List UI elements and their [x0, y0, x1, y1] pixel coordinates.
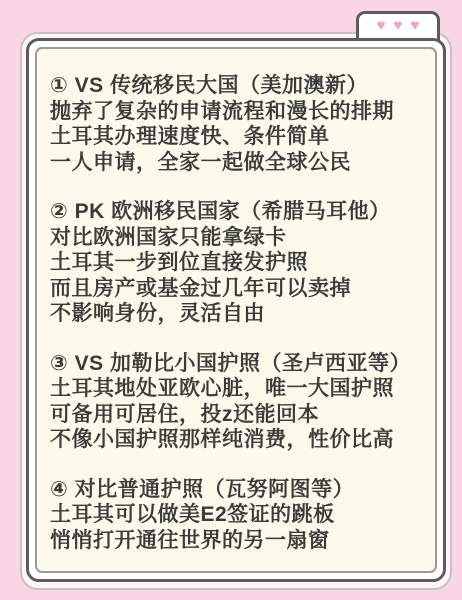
content-panel: ① VS 传统移民大国（美加澳新） 抛弃了复杂的申请流程和漫长的排期土耳其办理速…	[35, 47, 437, 573]
text-line: 土耳其办理速度快、条件简单	[50, 124, 423, 150]
text-line: 而且房产或基金过几年可以卖掉	[50, 276, 423, 302]
section-lines: 抛弃了复杂的申请流程和漫长的排期土耳其办理速度快、条件简单一人申请，全家一起做全…	[50, 99, 423, 176]
section-traditional-immigration: ① VS 传统移民大国（美加澳新） 抛弃了复杂的申请流程和漫长的排期土耳其办理速…	[50, 73, 423, 175]
text-line: 土耳其一步到位直接发护照	[50, 250, 423, 276]
text-line: 抛弃了复杂的申请流程和漫长的排期	[50, 99, 423, 125]
text-line: 不影响身份，灵活自由	[50, 301, 423, 327]
text-line: 可备用可居住，投z还能回本	[50, 402, 423, 428]
section-ordinary-passport: ④ 对比普通护照（瓦努阿图等） 土耳其可以做美E2签证的跳板悄悄打开通往世界的另…	[50, 477, 423, 554]
text-line: 土耳其地处亚欧心脏，唯一大国护照	[50, 376, 423, 402]
section-title: ③ VS 加勒比小国护照（圣卢西亚等）	[50, 351, 423, 377]
section-lines: 土耳其地处亚欧心脏，唯一大国护照可备用可居住，投z还能回本不像小国护照那样纯消费…	[50, 376, 423, 453]
text-line: 土耳其可以做美E2签证的跳板	[50, 502, 423, 528]
section-caribbean-passport: ③ VS 加勒比小国护照（圣卢西亚等） 土耳其地处亚欧心脏，唯一大国护照可备用可…	[50, 351, 423, 453]
section-lines: 土耳其可以做美E2签证的跳板悄悄打开通往世界的另一扇窗	[50, 502, 423, 553]
heart-icon: ♥	[410, 17, 419, 35]
heart-icon: ♥	[394, 17, 403, 35]
text-line: 对比欧洲国家只能拿绿卡	[50, 225, 423, 251]
section-lines: 对比欧洲国家只能拿绿卡土耳其一步到位直接发护照而且房产或基金过几年可以卖掉不影响…	[50, 225, 423, 327]
text-line: 不像小国护照那样纯消费，性价比高	[50, 427, 423, 453]
section-europe-pk: ② PK 欧洲移民国家（希腊马耳他） 对比欧洲国家只能拿绿卡土耳其一步到位直接发…	[50, 199, 423, 327]
section-title: ② PK 欧洲移民国家（希腊马耳他）	[50, 199, 423, 225]
note-card: ① VS 传统移民大国（美加澳新） 抛弃了复杂的申请流程和漫长的排期土耳其办理速…	[26, 38, 446, 582]
text-line: 悄悄打开通往世界的另一扇窗	[50, 528, 423, 554]
post-image: ♥♥♥ ① VS 传统移民大国（美加澳新） 抛弃了复杂的申请流程和漫长的排期土耳…	[0, 0, 462, 600]
text-line: 一人申请，全家一起做全球公民	[50, 150, 423, 176]
section-title: ④ 对比普通护照（瓦努阿图等）	[50, 477, 423, 503]
heart-icon: ♥	[377, 17, 386, 35]
section-title: ① VS 传统移民大国（美加澳新）	[50, 73, 423, 99]
